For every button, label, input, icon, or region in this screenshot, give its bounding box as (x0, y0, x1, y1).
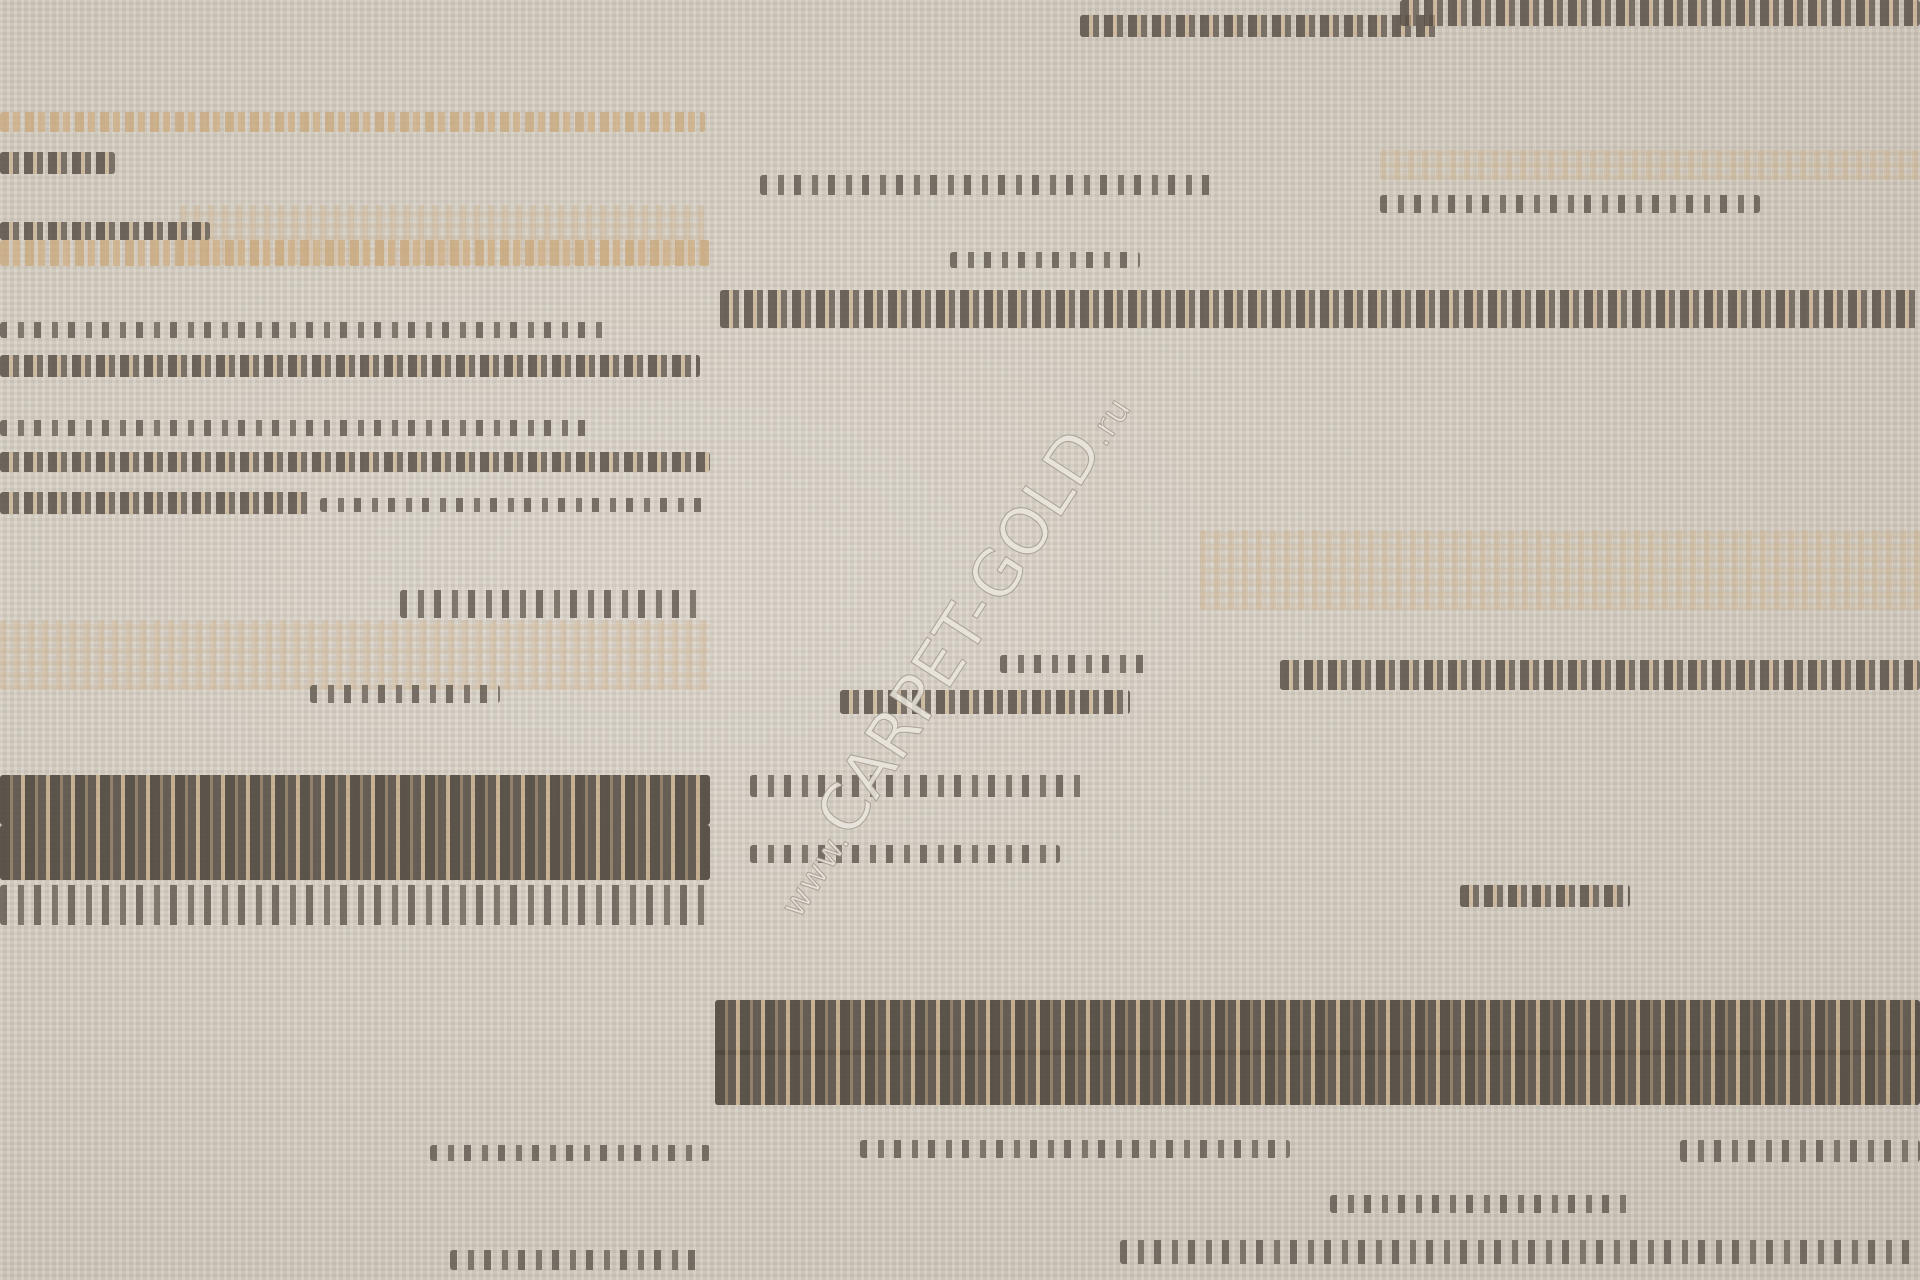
carpet-photo: www.CARPET-GOLD.ru (0, 0, 1920, 1280)
dark-stripe (1400, 0, 1920, 26)
dark-stripe (860, 1140, 1290, 1158)
dark-stripe (950, 252, 1140, 268)
dark-stripe (400, 590, 700, 618)
dark-stripe (430, 1145, 710, 1161)
dark-stripe (450, 1250, 700, 1270)
watermark-text: www.CARPET-GOLD.ru (701, 297, 1195, 1006)
dark-stripe (0, 322, 610, 338)
dark-stripe (0, 355, 700, 377)
gold-stripe (0, 620, 710, 690)
dark-stripe (310, 685, 500, 703)
dark-stripe-block (0, 775, 710, 825)
dark-stripe (0, 492, 310, 514)
dark-stripe (0, 420, 590, 436)
dark-stripe (1280, 660, 1920, 690)
dark-stripe (1120, 1240, 1920, 1264)
dark-stripe (0, 222, 210, 240)
dark-stripe (0, 152, 115, 174)
dark-stripe-block (715, 1000, 1920, 1055)
gold-stripe (1380, 150, 1920, 180)
dark-stripe (320, 498, 710, 512)
dark-stripe (1080, 15, 1440, 37)
gold-stripe (0, 240, 710, 266)
dark-stripe (1680, 1140, 1920, 1162)
dark-stripe (0, 885, 710, 925)
watermark-prefix: www. (773, 823, 858, 925)
dark-stripe (760, 175, 1220, 195)
dark-stripe (0, 452, 710, 472)
dark-stripe (1000, 655, 1150, 673)
dark-stripe-block (715, 1050, 1920, 1105)
dark-stripe (1460, 885, 1630, 907)
dark-stripe-block (0, 825, 710, 880)
gold-stripe (1200, 530, 1920, 610)
dark-stripe (720, 290, 1920, 328)
dark-stripe (750, 775, 1090, 797)
dark-stripe (1330, 1195, 1630, 1213)
gold-stripe (0, 112, 705, 132)
dark-stripe (1380, 195, 1760, 213)
